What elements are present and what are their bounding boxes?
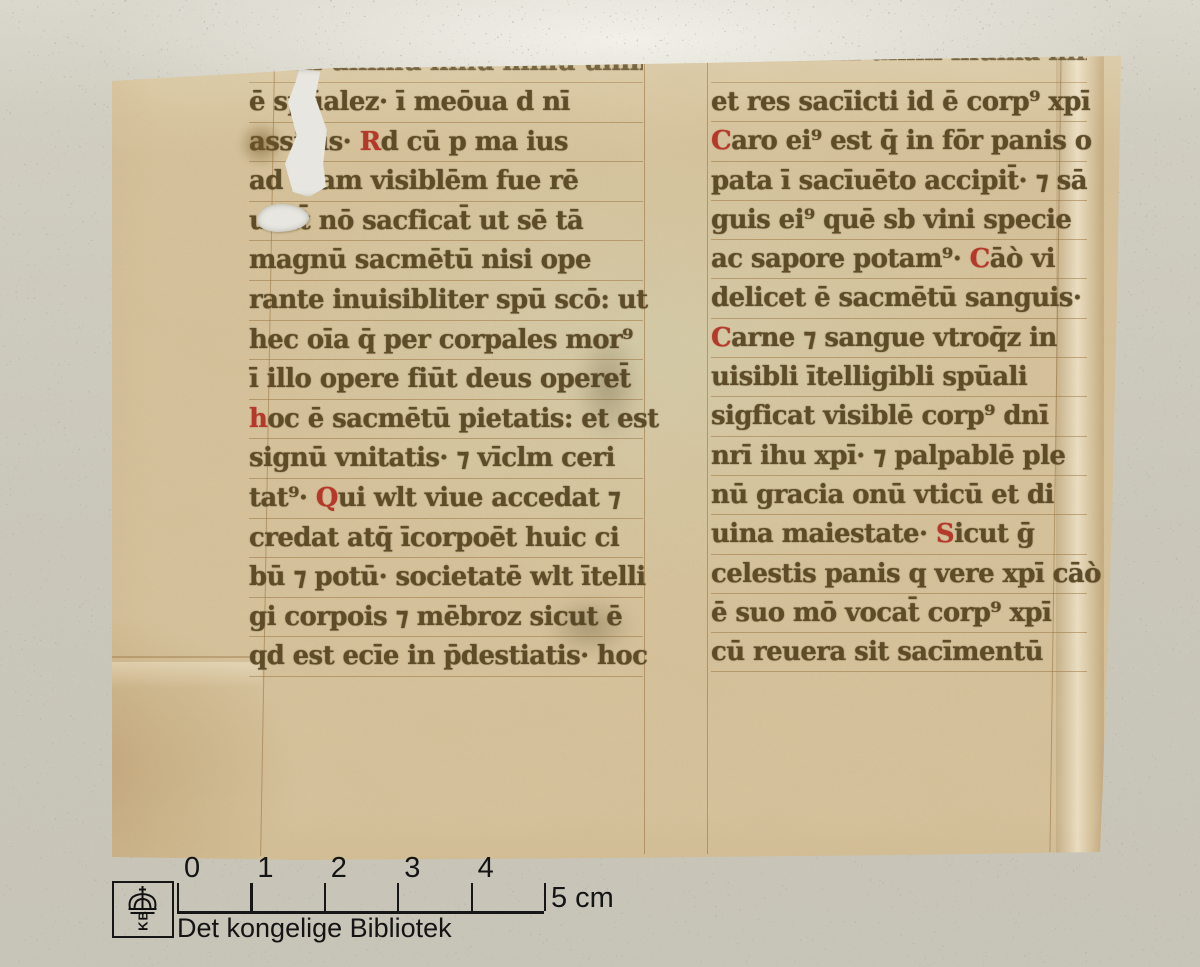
text-segment: tat⁹· [249,483,316,513]
tick-mark: 1 [250,883,252,911]
left-margin-crease [112,656,256,658]
text-segment: nū gracia onū vticū et di [711,480,1054,510]
parchment-fragment: numī unimū ninū mnīu unīmo nīnuē spūalez… [0,0,1200,967]
kb-monogram: KB [136,892,151,950]
tick-label: 3 [404,852,420,885]
manuscript-line: guis ei⁹ quē sb vini specie [711,201,1087,240]
rubric-initial: C [711,126,731,156]
manuscript-line: tat⁹· Qui wlt viue accedat ⁊ [249,479,643,519]
text-segment: icut ḡ [954,519,1034,549]
rubric-initial: S [936,519,954,549]
institution-name: Det kongelige Bibliotek [177,913,452,944]
manuscript-line: rante inuisibliter spū scō: ut [249,281,643,321]
rubric-initial: C [711,323,731,353]
tick-mark: 3 [397,883,399,911]
manuscript-line: celestis panis q vere xpī cāò [711,555,1087,594]
manuscript-line: ucat̄ nō sacficat̄ ut sē tā [249,202,643,242]
manuscript-line: nū gracia onū vticū et di [711,476,1087,515]
tick-label: 0 [184,852,200,885]
text-segment: delicet ē sacmētū sanguis· [711,283,1081,313]
text-segment: nrī ihu xpī· ⁊ palpablē ple [711,441,1065,471]
text-segment: aro ei⁹ est q̄ in fōr panis o [731,126,1091,156]
manuscript-line: pata ī sacīuēto accipit̄· ⁊ sā [711,162,1087,201]
rubric-initial: C [970,244,990,274]
stain-blotch [238,120,284,168]
ruling-line-gutter-right [707,56,708,854]
text-segment: uina maiestate· [711,519,936,549]
scale-end-label: 5 cm [551,882,614,915]
manuscript-line: nrī ihu xpī· ⁊ palpablē ple [711,437,1087,476]
text-segment: magnū sacmētū nisi ope [249,245,591,275]
text-segment: et res sacīicti id ē corp⁹ xpī [711,87,1090,117]
ruling-line-gutter-left [644,58,645,854]
tick-label: 4 [478,852,494,885]
rubric-initial: R [360,127,381,157]
ink-smudge [575,328,641,444]
text-segment: cū reuera sit sacīmentū [711,637,1043,667]
text-segment: credat atq̄ īcorpoēt huic ci [249,523,619,553]
left-margin-crease-highlight [112,662,262,688]
tick-mark: 2 [324,883,326,911]
text-segment: āò vi [990,244,1055,274]
text-segment: bū ⁊ potū· societatē wlt ītelli [249,562,646,592]
text-segment: rante inuisibliter spū scō: ut [249,285,648,315]
text-segment: uisibli ītelligibli spūali [711,362,1027,392]
rubric-initial: Q [316,483,338,513]
manuscript-line: Caro ei⁹ est q̄ in fōr panis o [711,122,1087,161]
text-segment: ī illo opere fiūt deus operet̄ [249,364,631,394]
text-segment: d cū p ma ius [381,127,568,157]
tick-label: 1 [257,852,273,885]
photo-backdrop: { "photo": { "background_color": "#cbc8b… [0,0,1200,967]
tick-mark: 0 [177,883,179,911]
manuscript-line: magnū sacmētū nisi ope [249,241,643,281]
library-logo: KB [112,881,174,938]
manuscript-line: Carne ⁊ sangue vtroq̄z in [711,319,1087,358]
manuscript-line: cū reuera sit sacīmentū [711,633,1087,672]
tick-mark [544,883,546,911]
rubric-initial: h [249,404,267,434]
ink-smudge [545,596,635,656]
text-segment: īum nuīmz unmī inūma nīmu īnum [711,50,1087,71]
tick-label: 2 [331,852,347,885]
manuscript-line: credat atq̄ īcorpoēt huic ci [249,519,643,559]
text-segment: sigficat visiblē corp⁹ dnī [711,401,1049,431]
text-segment: ac sapore potam⁹· [711,244,970,274]
text-segment: ui wlt viue accedat ⁊ [338,483,621,513]
text-segment: guis ei⁹ quē sb vini specie [711,205,1071,235]
manuscript-line: uisibli ītelligibli spūali [711,358,1087,397]
text-segment: arne ⁊ sangue vtroq̄z in [731,323,1057,353]
text-segment: celestis panis q vere xpī cāò [711,559,1101,589]
manuscript-line: ac sapore potam⁹· Cāò vi [711,240,1087,279]
manuscript-line: delicet ē sacmētū sanguis· [711,279,1087,318]
manuscript-line: et res sacīicti id ē corp⁹ xpī [711,83,1087,122]
manuscript-line: sigficat visiblē corp⁹ dnī [711,397,1087,436]
manuscript-column-right: īum nuīmz unmī inūma nīmu īnumet res sac… [711,50,1087,672]
manuscript-line: uina maiestate· Sicut ḡ [711,515,1087,554]
text-segment: signū vnitatis· ⁊ vīclm ceri [249,443,615,473]
text-segment: pata ī sacīuēto accipit̄· ⁊ sā [711,166,1087,196]
text-segment: ē suo mō vocat̄ corp⁹ xpī [711,598,1051,628]
text-segment: hec oīa q̄ per corpales mor⁹ [249,325,633,355]
tick-mark: 4 [471,883,473,911]
manuscript-line: bū ⁊ potū· societatē wlt ītelli [249,558,643,598]
manuscript-trimmed-line: īum nuīmz unmī inūma nīmu īnum [711,50,1087,83]
manuscript-line: signū vnitatis· ⁊ vīclm ceri [249,439,643,479]
manuscript-line: ē suo mō vocat̄ corp⁹ xpī [711,594,1087,633]
